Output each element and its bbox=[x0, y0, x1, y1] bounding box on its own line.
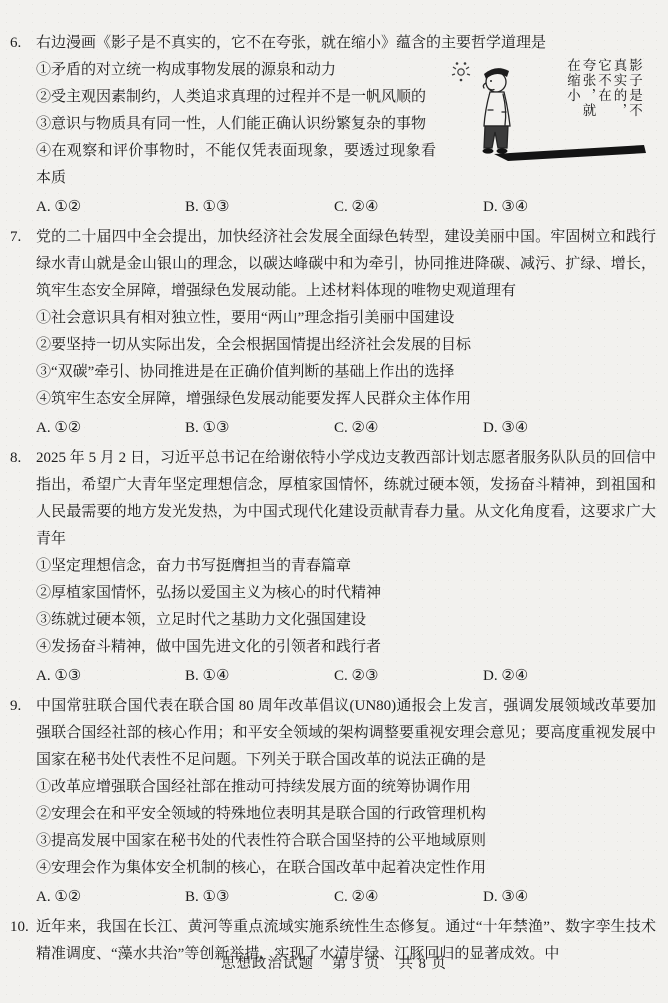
choice-a: A. ①② bbox=[36, 193, 185, 221]
choice-b: B. ①④ bbox=[185, 662, 334, 690]
choice-c: C. ②④ bbox=[334, 414, 483, 442]
choice-c: C. ②④ bbox=[334, 883, 483, 911]
caption-column: 真实的， bbox=[611, 58, 627, 128]
choice-d: D. ②④ bbox=[483, 662, 528, 690]
question-stem: 右边漫画《影子是不真实的，它不在夸张，就在缩小》蕴含的主要哲学道理是 bbox=[36, 30, 656, 57]
choices-row: A. ①③ B. ①④ C. ②③ D. ②④ bbox=[36, 661, 656, 690]
question-6: 6. 右边漫画《影子是不真实的，它不在夸张，就在缩小》蕴含的主要哲学道理是 bbox=[10, 30, 656, 221]
choice-d: D. ③④ bbox=[483, 414, 528, 442]
choice-d: D. ③④ bbox=[483, 883, 528, 911]
choice-c: C. ②④ bbox=[334, 193, 483, 221]
choice-b: B. ①③ bbox=[185, 414, 334, 442]
caption-column: 它不在 bbox=[596, 58, 612, 128]
question-8: 8. 2025 年 5 月 2 日，习近平总书记在给谢依特小学戍边支教西部计划志… bbox=[10, 445, 656, 690]
statement-item-1: ①改革应增强联合国经社部在推动可持续发展方面的统筹协调作用 bbox=[36, 774, 656, 801]
choice-c: C. ②③ bbox=[334, 662, 483, 690]
choices-row: A. ①② B. ①③ C. ②④ D. ③④ bbox=[36, 882, 656, 911]
choice-a: A. ①③ bbox=[36, 662, 185, 690]
statement-item-2: ②厚植家国情怀，弘扬以爱国主义为核心的时代精神 bbox=[36, 580, 656, 607]
choice-b: B. ①③ bbox=[185, 883, 334, 911]
statement-item-3: ③练就过硬本领，立足时代之基助力文化强国建设 bbox=[36, 607, 656, 634]
choice-a: A. ①② bbox=[36, 414, 185, 442]
statement-item-4: ④发扬奋斗精神，做中国先进文化的引领者和践行者 bbox=[36, 634, 656, 661]
question-number: 9. bbox=[10, 693, 36, 911]
statement-item-4: ④筑牢生态安全屏障，增强绿色发展动能要发挥人民群众主体作用 bbox=[36, 386, 656, 413]
question-7: 7. 党的二十届四中全会提出，加快经济社会发展全面绿色转型，建设美丽中国。牢固树… bbox=[10, 224, 656, 442]
person-figure bbox=[483, 68, 511, 153]
question-number: 6. bbox=[10, 30, 36, 221]
sun-icon bbox=[452, 63, 470, 81]
question-number: 7. bbox=[10, 224, 36, 442]
exam-page: 6. 右边漫画《影子是不真实的，它不在夸张，就在缩小》蕴含的主要哲学道理是 bbox=[0, 0, 668, 1003]
choice-d: D. ③④ bbox=[483, 193, 528, 221]
question-number: 8. bbox=[10, 445, 36, 690]
cartoon-caption: 影子是不 真实的， 它不在 夸张，就 在缩小 bbox=[565, 58, 643, 128]
caption-column: 在缩小 bbox=[565, 58, 581, 128]
choices-row: A. ①② B. ①③ C. ②④ D. ③④ bbox=[36, 413, 656, 442]
caption-column: 夸张，就 bbox=[580, 58, 596, 128]
statement-item-1: ①社会意识具有相对独立性，要用“两山”理念指引美丽中国建设 bbox=[36, 305, 656, 332]
statement-item-3: ③提高发展中国家在秘书处的代表性符合联合国坚持的公平地域原则 bbox=[36, 828, 656, 855]
page-footer: 思想政治试题第 3 页共 8 页 bbox=[0, 952, 668, 973]
choice-a: A. ①② bbox=[36, 883, 185, 911]
footer-exam-title: 思想政治试题 bbox=[221, 956, 314, 972]
statement-item-2: ②安理会在和平安全领域的特殊地位表明其是联合国的行政管理机构 bbox=[36, 801, 656, 828]
statement-item-3: ③“双碳”牵引、协同推进是在正确价值判断的基础上作出的选择 bbox=[36, 359, 656, 386]
statement-item-1: ①坚定理想信念，奋力书写挺膺担当的青春篇章 bbox=[36, 553, 656, 580]
footer-total-pages: 共 8 页 bbox=[399, 956, 448, 972]
question-stem: 党的二十届四中全会提出，加快经济社会发展全面绿色转型，建设美丽中国。牢固树立和践… bbox=[36, 224, 656, 305]
shadow-shape bbox=[494, 145, 646, 161]
choices-row: A. ①② B. ①③ C. ②④ D. ③④ bbox=[36, 192, 656, 221]
question-stem: 中国常驻联合国代表在联合国 80 周年改革倡议(UN80)通报会上发言，强调发展… bbox=[36, 693, 656, 774]
question-9: 9. 中国常驻联合国代表在联合国 80 周年改革倡议(UN80)通报会上发言，强… bbox=[10, 693, 656, 911]
footer-page-number: 第 3 页 bbox=[332, 956, 381, 972]
question-stem: 2025 年 5 月 2 日，习近平总书记在给谢依特小学戍边支教西部计划志愿者服… bbox=[36, 445, 656, 553]
statement-item-4: ④安理会作为集体安全机制的核心，在联合国改革中起着决定性作用 bbox=[36, 855, 656, 882]
cartoon-illustration: 影子是不 真实的， 它不在 夸张，就 在缩小 bbox=[444, 58, 656, 168]
statement-item-2: ②要坚持一切从实际出发，全会根据国情提出经济社会发展的目标 bbox=[36, 332, 656, 359]
choice-b: B. ①③ bbox=[185, 193, 334, 221]
caption-column: 影子是不 bbox=[627, 58, 643, 128]
